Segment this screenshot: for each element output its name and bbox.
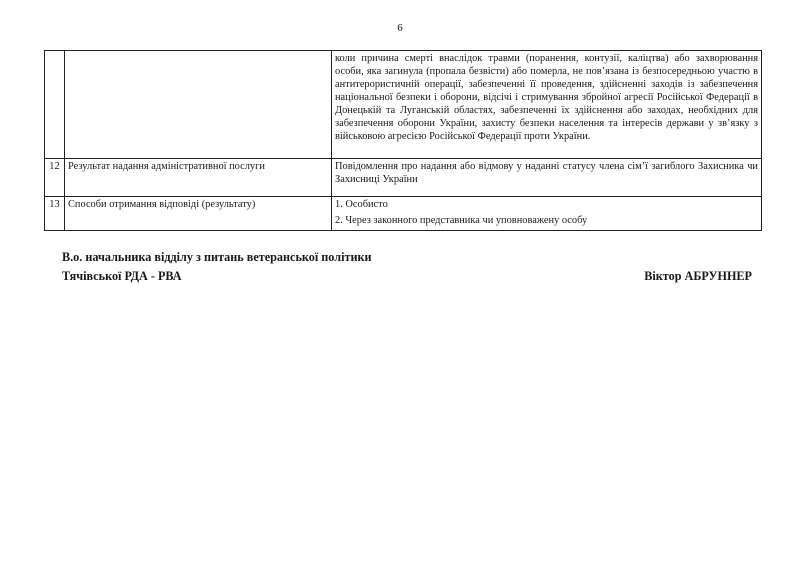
table-row: 12 Результат надання адміністративної по…: [45, 159, 762, 197]
row-number-cell: 12: [45, 159, 65, 197]
signature-block: В.о. начальника відділу з питань ветеран…: [62, 248, 752, 286]
row-label-cell: Результат надання адміністративної послу…: [65, 159, 332, 197]
row-number-cell: 13: [45, 197, 65, 231]
row-label-cell: Способи отримання відповіді (результату): [65, 197, 332, 231]
signatory-position-line1: В.о. начальника відділу з питань ветеран…: [62, 248, 752, 267]
services-table: коли причина смерті внаслідок травми (по…: [44, 50, 762, 231]
row-content-cell: 1. Особисто 2. Через законного представн…: [332, 197, 762, 231]
row-content-cell: Повідомлення про надання або відмову у н…: [332, 159, 762, 197]
table-row: 13 Способи отримання відповіді (результа…: [45, 197, 762, 231]
list-item: 2. Через законного представника чи уповн…: [335, 214, 758, 227]
row-content-cell: коли причина смерті внаслідок травми (по…: [332, 51, 762, 159]
row-label-cell: [65, 51, 332, 159]
signatory-name: Віктор АБРУННЕР: [644, 267, 752, 286]
list-item: 1. Особисто: [335, 198, 758, 211]
row-number-cell: [45, 51, 65, 159]
page-number: 6: [0, 22, 800, 34]
table-row: коли причина смерті внаслідок травми (по…: [45, 51, 762, 159]
